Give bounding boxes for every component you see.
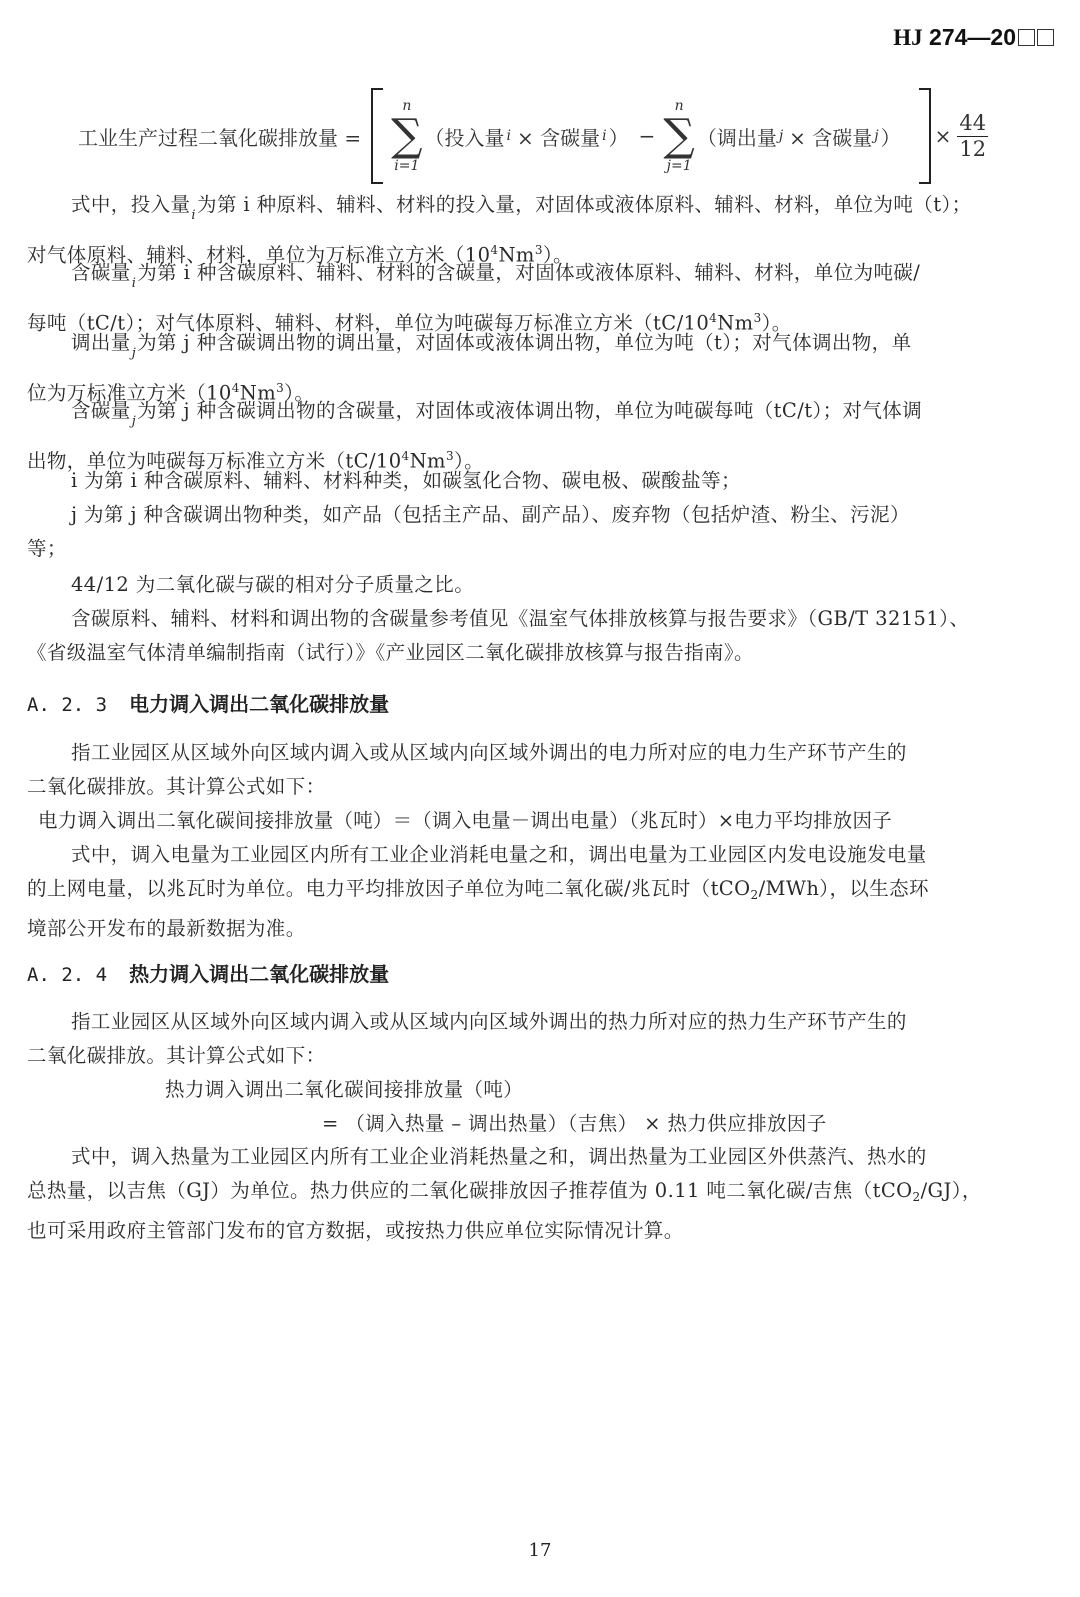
formula-term: （投入量: [425, 122, 505, 151]
section-title: 热力调入调出二氧化碳排放量: [129, 962, 389, 986]
fraction-denominator: 12: [959, 137, 986, 161]
section-number: A. 2. 3: [27, 694, 107, 716]
heat-formula-line2: = （调入热量 – 调出热量）（吉焦） × 热力供应排放因子: [322, 1107, 827, 1141]
fraction-44-12: 44 12: [957, 111, 988, 160]
text: 总热量，以吉焦（GJ）为单位。热力供应的二氧化碳排放因子推荐值为 0.11 吨二…: [27, 1179, 913, 1202]
electricity-formula: 电力调入调出二氧化碳间接排放量（吨）＝（调入电量－调出电量）（兆瓦时）×电力平均…: [38, 804, 1048, 838]
superscript: 3: [276, 381, 284, 395]
formula-text: 热力调入调出二氧化碳间接排放量（吨）: [165, 1078, 523, 1101]
right-bracket: [919, 88, 931, 184]
paragraph-a24-intro: 指工业园区从区域外向区域内调入或从区域内向区域外调出的热力所对应的热力生产环节产…: [27, 1005, 1037, 1073]
subscript: j: [874, 128, 878, 144]
standard-number-header: HJ 274—20: [893, 24, 1054, 51]
text: 指工业园区从区域外向区域内调入或从区域内向区域外调出的热力所对应的热力生产环节产…: [71, 1010, 907, 1033]
formula-term: ）: [609, 122, 629, 151]
section-heading-a23: A. 2. 3电力调入调出二氧化碳排放量: [27, 688, 389, 717]
summation-i: n ∑ i=1: [391, 99, 422, 173]
subscript: j: [132, 414, 136, 429]
superscript: 4: [709, 311, 717, 325]
paragraph-ratio: 44/12 为二氧化碳与碳的相对分子质量之比。: [27, 568, 1037, 602]
heat-formula-line1: 热力调入调出二氧化碳间接排放量（吨）: [165, 1073, 523, 1107]
formula-text: = （调入热量 – 调出热量）（吉焦） × 热力供应排放因子: [322, 1112, 827, 1135]
text: /GJ），: [921, 1179, 982, 1202]
subscript: 2: [913, 1190, 921, 1204]
page-number: 17: [0, 1540, 1080, 1561]
text: 含碳量: [71, 399, 131, 422]
text: 式中，投入量: [71, 193, 190, 216]
sum-lower-limit: i=1: [394, 159, 419, 173]
text: 含碳原料、辅料、材料和调出物的含碳量参考值见《温室气体排放核算与报告要求》（GB…: [71, 607, 969, 630]
subscript: i: [132, 276, 137, 291]
formula-term: （调出量: [697, 122, 777, 151]
section-title: 电力调入调出二氧化碳排放量: [129, 692, 389, 716]
text: 等；: [27, 537, 67, 560]
formula-term: × 含碳量: [517, 122, 600, 151]
sum-lower-limit: j=1: [667, 159, 692, 173]
fraction-numerator: 44: [957, 111, 988, 136]
superscript: 3: [754, 311, 762, 325]
subscript: j: [779, 128, 783, 144]
paragraph-a23-note: 式中，调入电量为工业园区内所有工业企业消耗电量之和，调出电量为工业园区内发电设施…: [27, 838, 1037, 946]
text: 含碳量: [71, 261, 131, 284]
paragraph-j-definition: j 为第 j 种含碳调出物种类，如产品（包括主产品、副产品）、废弃物（包括炉渣、…: [27, 498, 1037, 566]
summation-j: n ∑ j=1: [663, 99, 694, 173]
text: 调出量: [71, 331, 131, 354]
sigma-icon: ∑: [663, 113, 694, 159]
paragraph-references: 含碳原料、辅料、材料和调出物的含碳量参考值见《温室气体排放核算与报告要求》（GB…: [27, 602, 1037, 670]
text: j 为第 j 种含碳调出物种类，如产品（包括主产品、副产品）、废弃物（包括炉渣、…: [71, 503, 910, 526]
formula-term: × 含碳量: [789, 122, 872, 151]
superscript: 3: [535, 243, 543, 257]
text: 44/12 为二氧化碳与碳的相对分子质量之比。: [71, 573, 474, 596]
text: 二氧化碳排放。其计算公式如下：: [27, 775, 326, 798]
subscript: i: [602, 128, 606, 144]
standard-prefix: HJ: [893, 25, 922, 50]
text: 也可采用政府主管部门发布的官方数据，或按热力供应单位实际情况计算。: [27, 1219, 684, 1242]
formula-term: ）: [881, 122, 901, 151]
superscript: 3: [446, 449, 454, 463]
minus-sign: −: [639, 124, 656, 148]
text: 二氧化碳排放。其计算公式如下：: [27, 1044, 326, 1067]
paragraph-a23-intro: 指工业园区从区域外向区域内调入或从区域内向区域外调出的电力所对应的电力生产环节产…: [27, 736, 1037, 804]
placeholder-box-icon: [1018, 29, 1035, 46]
formula-lhs: 工业生产过程二氧化碳排放量 =: [78, 122, 361, 151]
text: 为第 j 种含碳调出物的含碳量，对固体或液体调出物，单位为吨碳每吨（tC/t）；…: [137, 399, 922, 422]
subscript: i: [191, 208, 196, 223]
text: 为第 i 种含碳原料、辅料、材料的含碳量，对固体或液体原料、辅料、材料，单位为吨…: [137, 261, 920, 284]
process-emission-formula: 工业生产过程二氧化碳排放量 = n ∑ i=1 （投入量i × 含碳量i） − …: [78, 86, 988, 186]
text: /MWh），以生态环: [759, 877, 929, 900]
sigma-icon: ∑: [391, 113, 422, 159]
superscript: 4: [232, 381, 240, 395]
text: 为第 j 种含碳调出物的调出量，对固体或液体调出物，单位为吨（t）；对气体调出物…: [137, 331, 911, 354]
left-bracket: [371, 88, 383, 184]
standard-code: 274—20: [929, 24, 1016, 50]
superscript: 4: [402, 449, 410, 463]
text: i 为第 i 种含碳原料、辅料、材料种类，如碳氢化合物、碳电极、碳酸盐等；: [71, 469, 741, 492]
subscript: j: [132, 346, 136, 361]
section-number: A. 2. 4: [27, 964, 107, 986]
text: 式中，调入电量为工业园区内所有工业企业消耗电量之和，调出电量为工业园区内发电设施…: [71, 843, 927, 866]
text: 式中，调入热量为工业园区内所有工业企业消耗热量之和，调出热量为工业园区外供蒸汽、…: [71, 1145, 927, 1168]
text: 的上网电量，以兆瓦时为单位。电力平均排放因子单位为吨二氧化碳/兆瓦时（tCO: [27, 877, 751, 900]
text: 境部公开发布的最新数据为准。: [27, 917, 306, 940]
times-sign: ×: [935, 124, 952, 148]
paragraph-i-definition: i 为第 i 种含碳原料、辅料、材料种类，如碳氢化合物、碳电极、碳酸盐等；: [27, 464, 1037, 498]
placeholder-box-icon: [1037, 29, 1054, 46]
formula-text: 电力调入调出二氧化碳间接排放量（吨）＝（调入电量－调出电量）（兆瓦时）×电力平均…: [38, 809, 892, 832]
paragraph-a24-note: 式中，调入热量为工业园区内所有工业企业消耗热量之和，调出热量为工业园区外供蒸汽、…: [27, 1140, 1037, 1248]
section-heading-a24: A. 2. 4热力调入调出二氧化碳排放量: [27, 958, 389, 987]
subscript: i: [507, 128, 511, 144]
subscript: 2: [751, 888, 759, 902]
text: 为第 i 种原料、辅料、材料的投入量，对固体或液体原料、辅料、材料，单位为吨（t…: [197, 193, 972, 216]
text: 《省级温室气体清单编制指南（试行）》《产业园区二氧化碳排放核算与报告指南》。: [27, 641, 754, 664]
text: 指工业园区从区域外向区域内调入或从区域内向区域外调出的电力所对应的电力生产环节产…: [71, 741, 907, 764]
